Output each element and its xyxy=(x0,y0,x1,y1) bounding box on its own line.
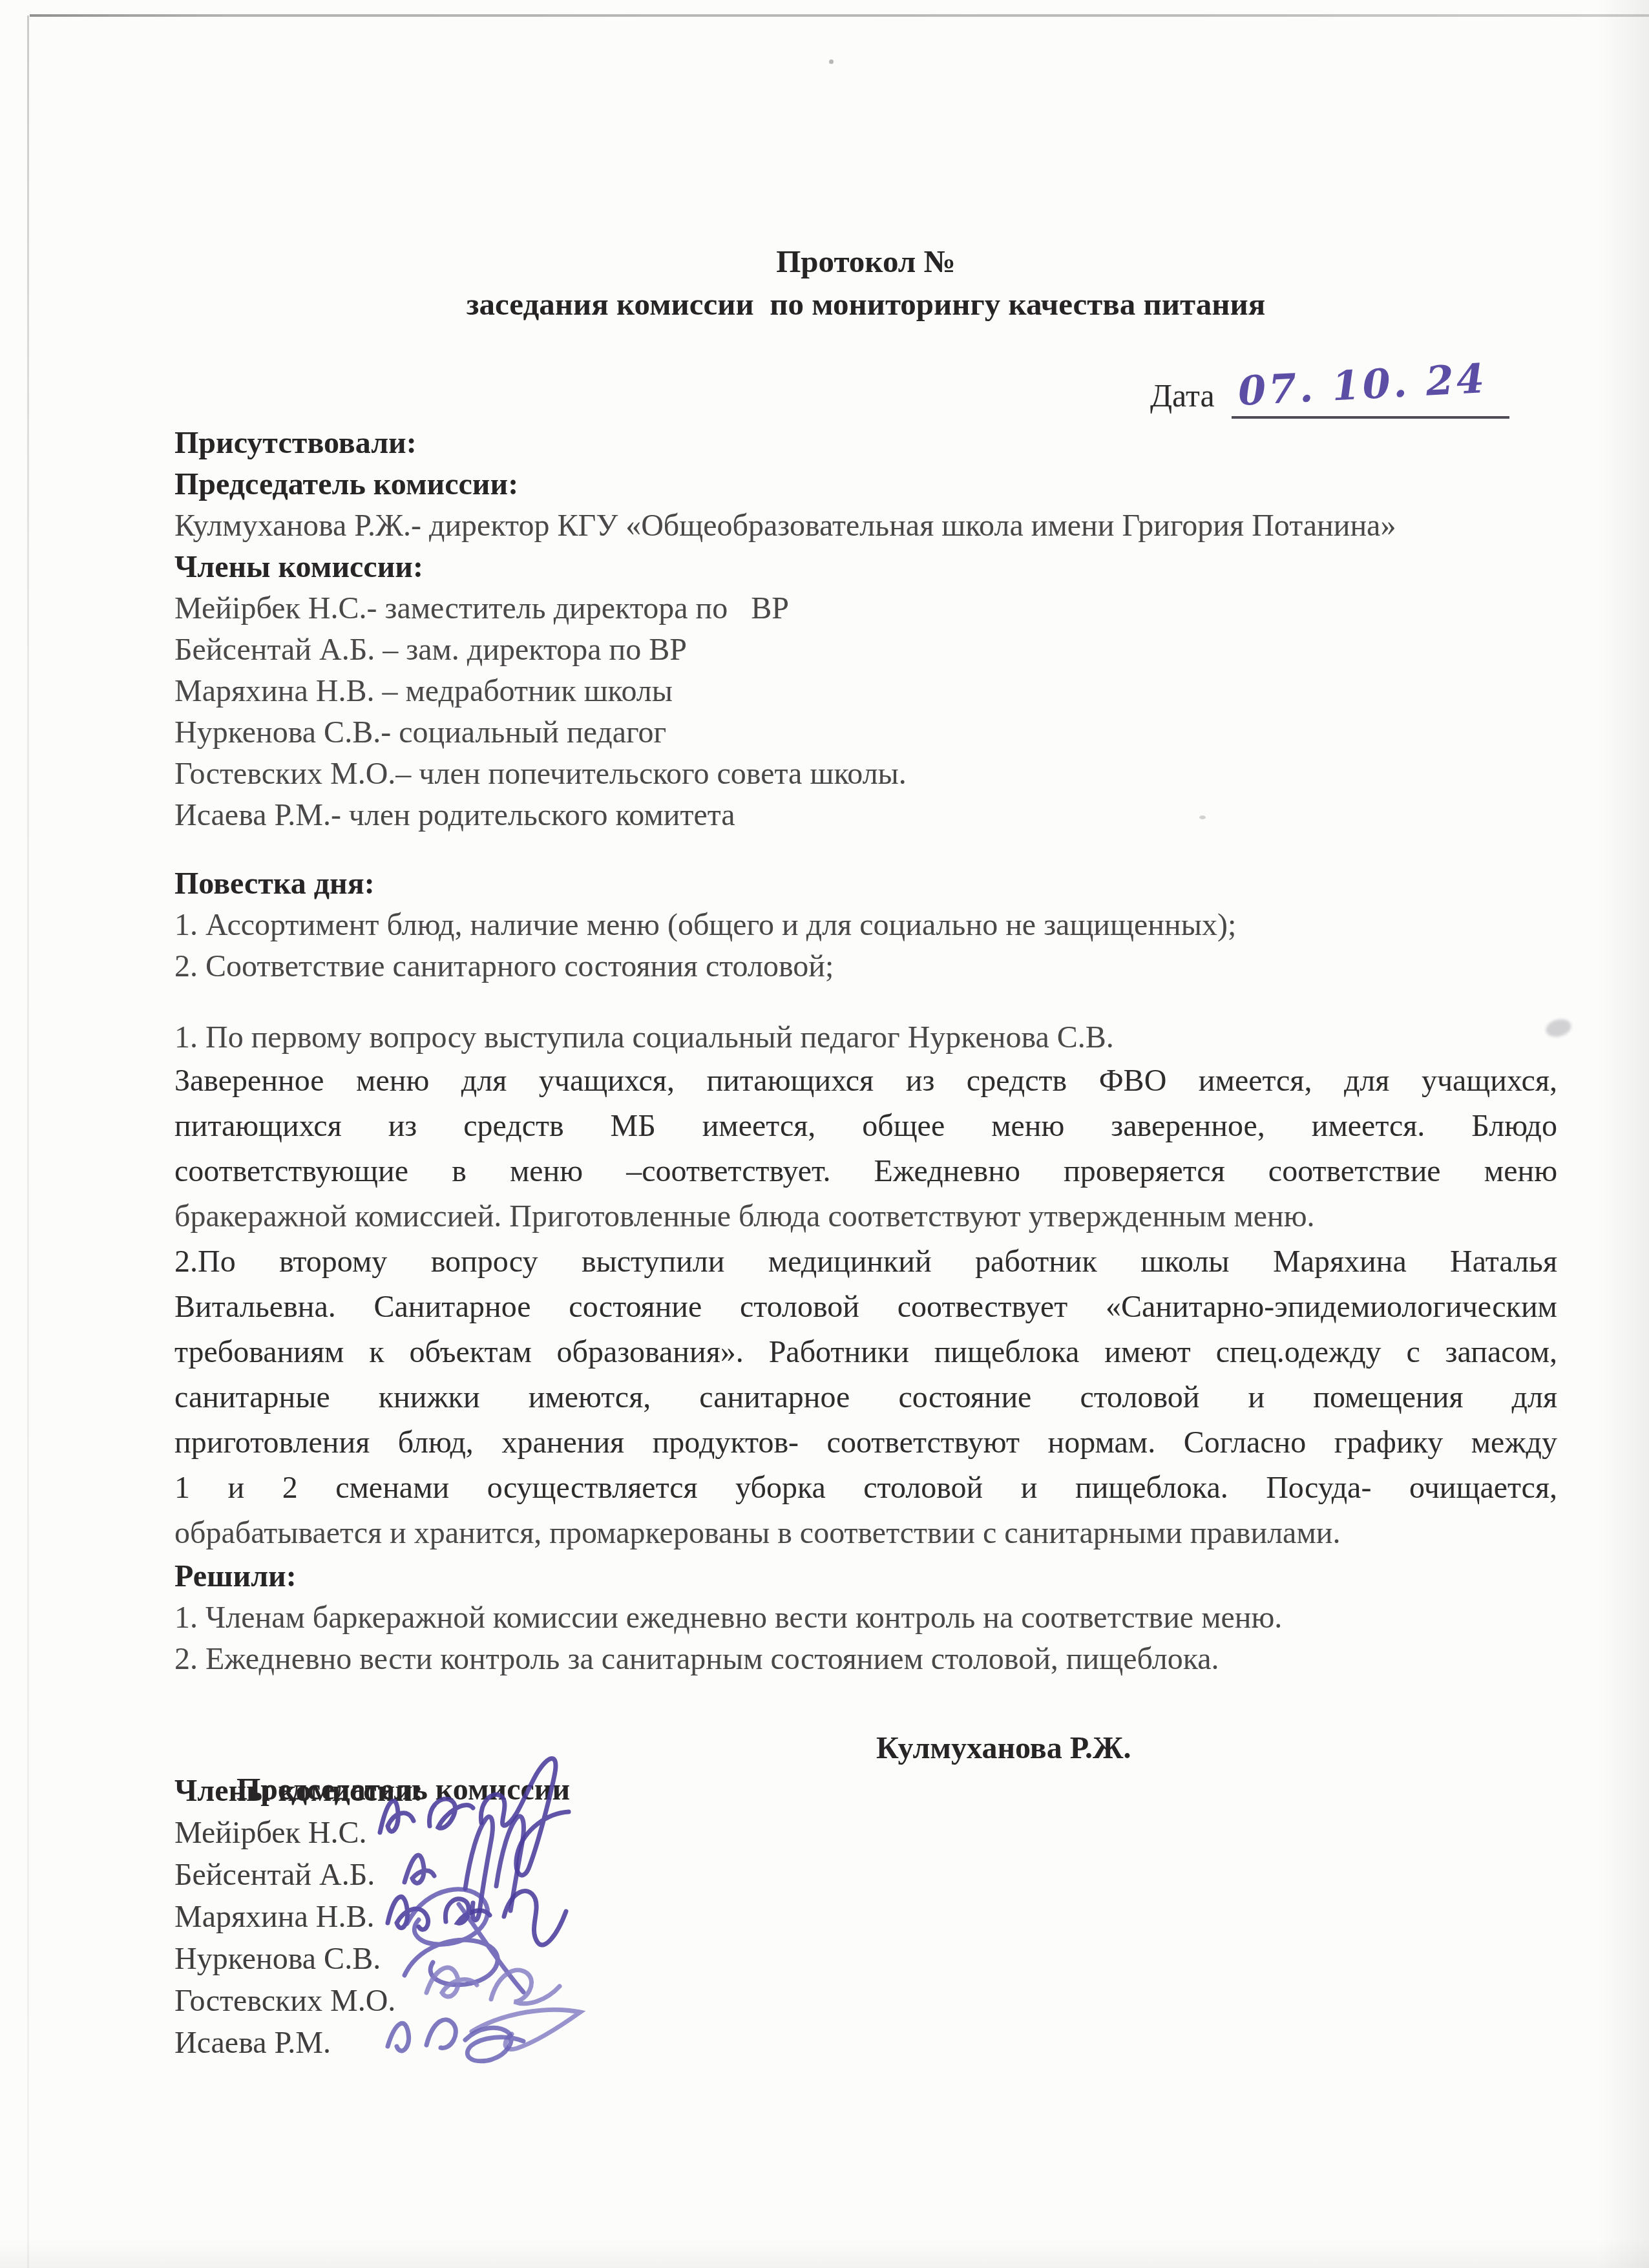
chairman-line: Кулмуханова Р.Ж.- директор КГУ «Общеобра… xyxy=(174,505,1557,547)
signer-name: Маряхина Н.В. xyxy=(174,1900,374,1934)
question1-line: бракеражной комиссией. Приготовленные бл… xyxy=(174,1194,1557,1239)
signer-name: Исаева Р.М. xyxy=(174,2026,331,2060)
document-content: Протокол № заседания комиссии по монитор… xyxy=(174,0,1557,2064)
question1-line: соответствующие в меню –соответствует. Е… xyxy=(174,1149,1557,1194)
members-label: Члены комиссии: xyxy=(174,547,1557,588)
signer-row: Мейірбек Н.С. xyxy=(174,1812,1557,1854)
scan-edge-left xyxy=(27,16,29,2268)
member-line: Гостевских М.О.– член попечительского со… xyxy=(174,753,1557,795)
signer-name: Мейірбек Н.С. xyxy=(174,1816,366,1850)
member-line: Нуркенова С.В.- социальный педагог xyxy=(174,712,1557,753)
date-handwritten-value: 07. 10. 24 xyxy=(1237,352,1488,419)
question1-line: питающихся из средств МБ имеется, общее … xyxy=(174,1104,1557,1149)
date-label: Дата xyxy=(1150,368,1215,423)
signing-chairman-label: Председатель комиссии xyxy=(236,1772,570,1807)
members-list: Мейірбек Н.С.- заместитель директора по … xyxy=(174,588,1557,836)
question1-line: Заверенное меню для учащихся, питающихся… xyxy=(174,1058,1557,1104)
scan-edge-right xyxy=(1597,0,1649,2268)
date-row: Дата 07. 10. 24 xyxy=(174,368,1557,423)
question1-intro: 1. По первому вопросу выступила социальн… xyxy=(174,1017,1557,1058)
signing-block: Председатель комиссии Кулмуханова Р.Ж. Ч… xyxy=(174,1728,1557,2064)
decision-item: 1. Членам баркеражной комиссии ежедневно… xyxy=(174,1597,1557,1639)
agenda-item: 1. Ассортимент блюд, наличие меню (общег… xyxy=(174,905,1557,946)
signer-name: Нуркенова С.В. xyxy=(174,1942,381,1976)
member-line: Бейсентай А.Б. – зам. директора по ВР xyxy=(174,629,1557,671)
decisions-list: 1. Членам баркеражной комиссии ежедневно… xyxy=(174,1597,1557,1680)
agenda-list: 1. Ассортимент блюд, наличие меню (общег… xyxy=(174,905,1557,987)
question2-line: требованиям к объектам образования». Раб… xyxy=(174,1330,1557,1375)
agenda-label: Повестка дня: xyxy=(174,863,1557,905)
question2-line: Витальевна. Санитарное состояние столово… xyxy=(174,1285,1557,1330)
scan-edge-bottom xyxy=(0,2238,1649,2268)
signer-name: Гостевских М.О. xyxy=(174,1984,395,2018)
signing-chairman-name: Кулмуханова Р.Ж. xyxy=(876,1728,1131,1769)
question1-paragraph: Заверенное меню для учащихся, питающихся… xyxy=(174,1058,1557,1239)
question2-line: 2.По второму вопросу выступили медицинки… xyxy=(174,1239,1557,1285)
question2-paragraph: 2.По второму вопросу выступили медицинки… xyxy=(174,1239,1557,1556)
question2-line: обрабатывается и хранится, промаркерован… xyxy=(174,1511,1557,1556)
decision-item: 2. Ежедневно вести контроль за санитарны… xyxy=(174,1639,1557,1680)
question2-line: 1 и 2 сменами осуществляется уборка стол… xyxy=(174,1465,1557,1511)
member-line: Исаева Р.М.- член родительского комитета xyxy=(174,795,1557,836)
member-line: Маряхина Н.В. – медработник школы xyxy=(174,671,1557,712)
question2-line: приготовления блюд, хранения продуктов- … xyxy=(174,1420,1557,1465)
agenda-item: 2. Соответствие санитарного состояния ст… xyxy=(174,946,1557,987)
document-title-line1: Протокол № xyxy=(174,240,1557,283)
document-title-line2: заседания комиссии по мониторингу качест… xyxy=(174,283,1557,326)
signing-chairman-row: Председатель комиссии Кулмуханова Р.Ж. xyxy=(174,1728,1557,1770)
member-line: Мейірбек Н.С.- заместитель директора по … xyxy=(174,588,1557,629)
question2-line: санитарные книжки имеются, санитарное со… xyxy=(174,1375,1557,1420)
signer-row: Бейсентай А.Б. xyxy=(174,1854,1557,1896)
chairman-label: Председатель комиссии: xyxy=(174,464,1557,505)
date-underline: 07. 10. 24 xyxy=(1232,368,1509,419)
scanned-protocol-page: Протокол № заседания комиссии по монитор… xyxy=(0,0,1649,2268)
decisions-label: Решили: xyxy=(174,1556,1557,1597)
signer-row: Гостевских М.О. xyxy=(174,1980,1557,2022)
present-label: Присутствовали: xyxy=(174,423,1557,464)
signer-name: Бейсентай А.Б. xyxy=(174,1858,375,1892)
signer-row: Маряхина Н.В. xyxy=(174,1896,1557,1938)
signer-row: Нуркенова С.В. xyxy=(174,1938,1557,1980)
signer-row: Исаева Р.М. xyxy=(174,2022,1557,2064)
